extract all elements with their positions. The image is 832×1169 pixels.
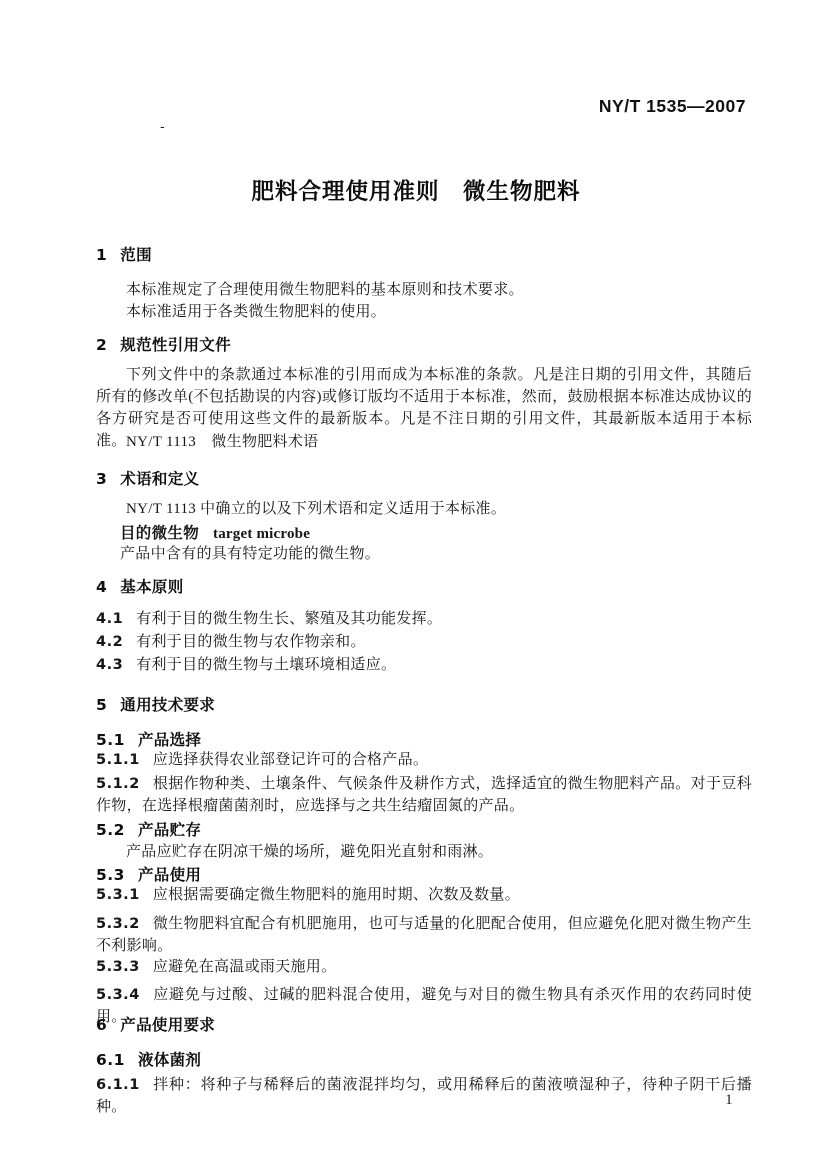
section-title: 产品使用 — [138, 867, 201, 884]
clause-6-1-1: 6.1.1拌种：将种子与稀释后的菌液混拌均匀，或用稀释后的菌液喷湿种子，待种子阴… — [96, 1074, 752, 1118]
clause-number: 6.1.1 — [96, 1077, 140, 1093]
clause-number: 5.3.2 — [96, 916, 140, 932]
section-number: 5.1 — [96, 731, 125, 749]
clause-text: 有利于目的微生物与土壤环境相适应。 — [136, 657, 396, 673]
referenced-standard: NY/T 1113 微生物肥料术语 — [96, 431, 752, 453]
clause-text: 应选择获得农业部登记许可的合格产品。 — [153, 752, 428, 768]
section-heading-2: 2规范性引用文件 — [96, 334, 752, 357]
clause-5-3-2: 5.3.2微生物肥料宜配合有机肥施用，也可与适量的化肥配合使用，但应避免化肥对微… — [96, 913, 752, 957]
clause-text: 应根据需要确定微生物肥料的施用时期、次数及数量。 — [153, 887, 520, 903]
clause-number: 4.2 — [96, 634, 123, 650]
paragraph: 产品应贮存在阴凉干燥的场所，避免阳光直射和雨淋。 — [96, 841, 752, 863]
clause-text: 应避免在高温或雨天施用。 — [153, 959, 337, 975]
clause-number: 5.1.1 — [96, 752, 140, 768]
clause-text: 有利于目的微生物与农作物亲和。 — [136, 634, 366, 650]
clause-text: 有利于目的微生物生长、繁殖及其功能发挥。 — [136, 611, 442, 627]
standard-code: NY/T 1535—2007 — [599, 96, 746, 117]
paragraph: 本标准适用于各类微生物肥料的使用。 — [96, 301, 752, 323]
section-heading-1: 1范围 — [96, 244, 752, 267]
section-title: 通用技术要求 — [120, 697, 215, 714]
section-number: 6.1 — [96, 1051, 125, 1069]
document-title: 肥料合理使用准则 微生物肥料 — [0, 174, 832, 206]
section-title: 基本原则 — [120, 579, 183, 596]
section-number: 1 — [96, 246, 107, 264]
section-number: 5.3 — [96, 866, 125, 884]
clause-text: 微生物肥料宜配合有机肥施用，也可与适量的化肥配合使用，但应避免化肥对微生物产生不… — [96, 916, 752, 954]
term-en: target microbe — [213, 526, 310, 542]
clause-5-3-3: 5.3.3应避免在高温或雨天施用。 — [96, 956, 752, 978]
clause-5-1-1: 5.1.1应选择获得农业部登记许可的合格产品。 — [96, 749, 752, 771]
section-title: 范围 — [120, 247, 152, 264]
section-number: 4 — [96, 578, 107, 596]
subsection-heading-5-2: 5.2产品贮存 — [96, 819, 752, 842]
clause-4-3: 4.3有利于目的微生物与土壤环境相适应。 — [96, 654, 752, 676]
clause-number: 4.3 — [96, 657, 123, 673]
section-heading-3: 3术语和定义 — [96, 468, 752, 491]
section-heading-5: 5通用技术要求 — [96, 694, 752, 717]
section-title: 液体菌剂 — [138, 1052, 201, 1069]
term-line: 目的微生物target microbe — [120, 523, 776, 545]
clause-number: 4.1 — [96, 611, 123, 627]
subsection-heading-6-1: 6.1液体菌剂 — [96, 1049, 752, 1072]
paragraph: 本标准规定了合理使用微生物肥料的基本原则和技术要求。 — [96, 279, 752, 301]
term-definition: 产品中含有的具有特定功能的微生物。 — [96, 543, 752, 565]
page-number: 1 — [714, 1092, 744, 1109]
section-number: 2 — [96, 336, 107, 354]
clause-number: 5.3.1 — [96, 887, 140, 903]
section-title: 产品使用要求 — [120, 1017, 215, 1034]
section-heading-4: 4基本原则 — [96, 576, 752, 599]
stray-mark: - — [160, 120, 165, 135]
clause-5-3-1: 5.3.1应根据需要确定微生物肥料的施用时期、次数及数量。 — [96, 884, 752, 906]
paragraph: NY/T 1113 中确立的以及下列术语和定义适用于本标准。 — [96, 498, 752, 520]
clause-5-1-2: 5.1.2根据作物种类、土壤条件、气候条件及耕作方式，选择适宜的微生物肥料产品。… — [96, 773, 752, 817]
section-title: 术语和定义 — [120, 471, 199, 488]
clause-number: 5.3.4 — [96, 987, 140, 1003]
clause-number: 5.1.2 — [96, 776, 140, 792]
clause-text: 根据作物种类、土壤条件、气候条件及耕作方式，选择适宜的微生物肥料产品。对于豆科作… — [96, 776, 752, 814]
section-number: 6 — [96, 1016, 107, 1034]
clause-4-1: 4.1有利于目的微生物生长、繁殖及其功能发挥。 — [96, 608, 752, 630]
section-title: 规范性引用文件 — [120, 337, 231, 354]
section-number: 5.2 — [96, 821, 125, 839]
section-number: 3 — [96, 470, 107, 488]
clause-number: 5.3.3 — [96, 959, 140, 975]
section-heading-6: 6产品使用要求 — [96, 1014, 752, 1037]
section-title: 产品选择 — [138, 732, 201, 749]
section-title: 产品贮存 — [138, 822, 201, 839]
clause-text: 拌种：将种子与稀释后的菌液混拌均匀，或用稀释后的菌液喷湿种子，待种子阴干后播种。 — [96, 1077, 752, 1115]
clause-4-2: 4.2有利于目的微生物与农作物亲和。 — [96, 631, 752, 653]
section-number: 5 — [96, 696, 107, 714]
document-page: NY/T 1535—2007 - 肥料合理使用准则 微生物肥料 1范围 本标准规… — [0, 0, 832, 1169]
term-zh: 目的微生物 — [120, 525, 199, 542]
